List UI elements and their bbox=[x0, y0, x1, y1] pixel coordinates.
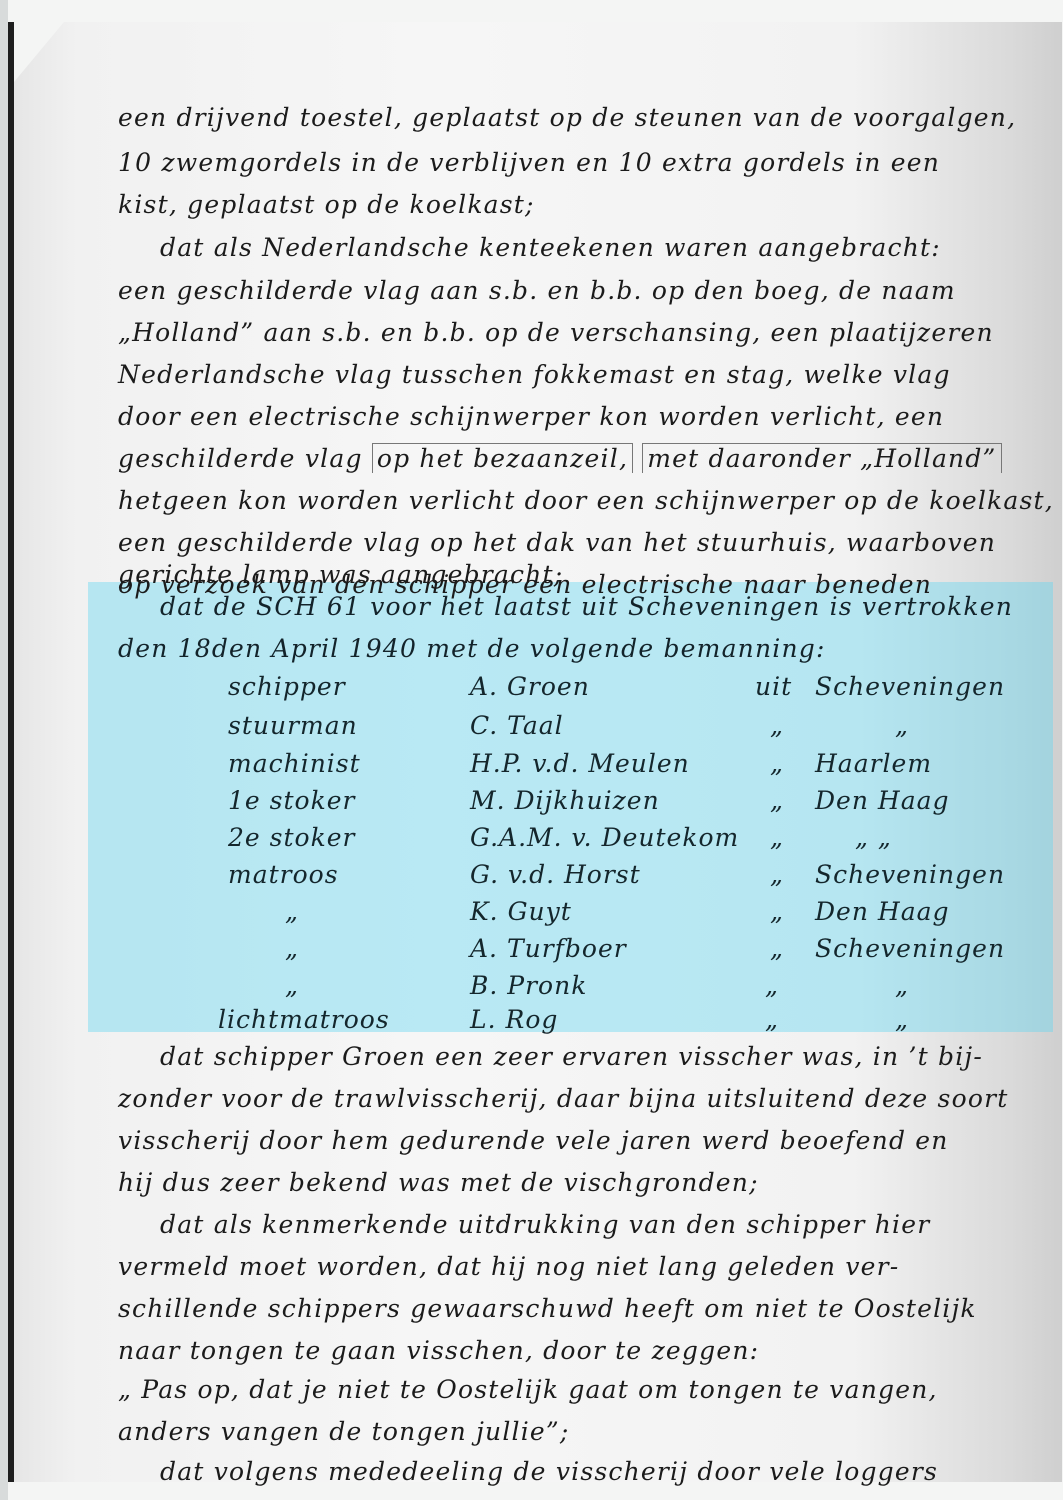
crew-name: M. Dijkhuizen bbox=[470, 786, 660, 815]
text-line: den 18den April 1940 met de volgende bem… bbox=[118, 634, 826, 663]
crew-name: L. Rog bbox=[470, 1005, 558, 1034]
text-line: visscherij door hem gedurende vele jaren… bbox=[118, 1126, 949, 1155]
crew-from: „ bbox=[770, 711, 784, 740]
crew-role: 2e stoker bbox=[228, 823, 355, 852]
crew-from: „ bbox=[770, 897, 784, 926]
text-line: zonder voor de trawlvisscherij, daar bij… bbox=[118, 1084, 1008, 1113]
crew-place: Scheveningen bbox=[815, 860, 1005, 889]
crew-place: Scheveningen bbox=[815, 934, 1005, 963]
crew-row: matroos G. v.d. Horst „ Scheveningen bbox=[0, 860, 1063, 894]
text-line: door een electrische schijnwerper kon wo… bbox=[118, 402, 944, 431]
crew-role: matroos bbox=[228, 860, 339, 889]
text-line: een geschilderde vlag aan s.b. en b.b. o… bbox=[118, 276, 956, 305]
text-line: „Holland” aan s.b. en b.b. op de verscha… bbox=[118, 318, 994, 347]
crew-row: stuurman C. Taal „ „ bbox=[0, 711, 1063, 745]
crew-from: uit bbox=[755, 672, 792, 701]
crew-from: „ bbox=[765, 971, 779, 1000]
text-line: Nederlandsche vlag tusschen fokkemast en… bbox=[118, 360, 951, 389]
text-line: geschilderde vlag op het bezaanzeil, met… bbox=[118, 444, 1002, 473]
text-line: dat als kenmerkende uitdrukking van den … bbox=[160, 1210, 930, 1239]
text-line: een geschilderde vlag op het dak van het… bbox=[118, 528, 996, 557]
text-line: dat als Nederlandsche kenteekenen waren … bbox=[160, 233, 941, 262]
text-line: vermeld moet worden, dat hij nog niet la… bbox=[118, 1252, 899, 1281]
crew-row: „ B. Pronk „ „ bbox=[0, 971, 1063, 1005]
text-segment: geschilderde vlag bbox=[118, 444, 363, 473]
crew-place: „ bbox=[895, 971, 909, 1000]
crew-from: „ bbox=[770, 823, 784, 852]
crew-name: C. Taal bbox=[470, 711, 564, 740]
crew-role: lichtmatroos bbox=[218, 1005, 390, 1034]
crew-from: „ bbox=[770, 934, 784, 963]
text-line: dat volgens mededeeling de visscherij do… bbox=[160, 1457, 938, 1486]
text-line: schillende schippers gewaarschuwd heeft … bbox=[118, 1294, 977, 1323]
crew-role: stuurman bbox=[228, 711, 358, 740]
crew-name: K. Guyt bbox=[470, 897, 572, 926]
crew-row: 2e stoker G.A.M. v. Deutekom „ „ „ bbox=[0, 823, 1063, 857]
crew-row: „ A. Turfboer „ Scheveningen bbox=[0, 934, 1063, 968]
text-line: anders vangen de tongen jullie”; bbox=[118, 1417, 570, 1446]
crew-name: A. Turfboer bbox=[470, 934, 627, 963]
crew-row: lichtmatroos L. Rog „ „ bbox=[0, 1005, 1063, 1039]
text-line: dat de SCH 61 voor het laatst uit Scheve… bbox=[160, 592, 1013, 621]
crew-place: Den Haag bbox=[815, 897, 950, 926]
text-line: 10 zwemgordels in de verblijven en 10 ex… bbox=[118, 148, 940, 177]
crew-place: Scheveningen bbox=[815, 672, 1005, 701]
text-line: „ Pas op, dat je niet te Oostelijk gaat … bbox=[118, 1375, 938, 1404]
crew-place: Haarlem bbox=[815, 749, 932, 778]
crew-name: A. Groen bbox=[470, 672, 590, 701]
crew-place: „ bbox=[895, 711, 909, 740]
text-line: naar tongen te gaan visschen, door te ze… bbox=[118, 1336, 759, 1365]
crew-name: G. v.d. Horst bbox=[470, 860, 641, 889]
boxed-annotation: met daaronder „Holland” bbox=[642, 443, 1001, 473]
crew-place: „ „ bbox=[855, 823, 892, 852]
text-line: hij dus zeer bekend was met de vischgron… bbox=[118, 1168, 759, 1197]
crew-from: „ bbox=[765, 1005, 779, 1034]
crew-row: machinist H.P. v.d. Meulen „ Haarlem bbox=[0, 749, 1063, 783]
text-line: kist, geplaatst op de koelkast; bbox=[118, 190, 535, 219]
crew-row: „ K. Guyt „ Den Haag bbox=[0, 897, 1063, 931]
crew-row: schipper A. Groen uit Scheveningen bbox=[0, 672, 1063, 706]
crew-from: „ bbox=[770, 860, 784, 889]
crew-role: 1e stoker bbox=[228, 786, 355, 815]
text-line: dat schipper Groen een zeer ervaren viss… bbox=[160, 1042, 983, 1071]
crew-role: „ bbox=[285, 971, 299, 1000]
crew-name: H.P. v.d. Meulen bbox=[470, 749, 690, 778]
folded-corner bbox=[14, 22, 64, 82]
crew-place: Den Haag bbox=[815, 786, 950, 815]
crew-from: „ bbox=[770, 749, 784, 778]
crew-role: schipper bbox=[228, 672, 346, 701]
crew-role: „ bbox=[285, 897, 299, 926]
text-line: een drijvend toestel, geplaatst op de st… bbox=[118, 103, 1016, 132]
crew-role: „ bbox=[285, 934, 299, 963]
crew-row: 1e stoker M. Dijkhuizen „ Den Haag bbox=[0, 786, 1063, 820]
crew-role: machinist bbox=[228, 749, 361, 778]
crew-name: G.A.M. v. Deutekom bbox=[470, 823, 739, 852]
crew-place: „ bbox=[895, 1005, 909, 1034]
text-line: hetgeen kon worden verlicht door een sch… bbox=[118, 486, 1054, 515]
boxed-annotation: op het bezaanzeil, bbox=[372, 443, 633, 473]
crew-name: B. Pronk bbox=[470, 971, 587, 1000]
crew-from: „ bbox=[770, 786, 784, 815]
text-line: gerichte lamp was aangebracht; bbox=[118, 560, 563, 589]
